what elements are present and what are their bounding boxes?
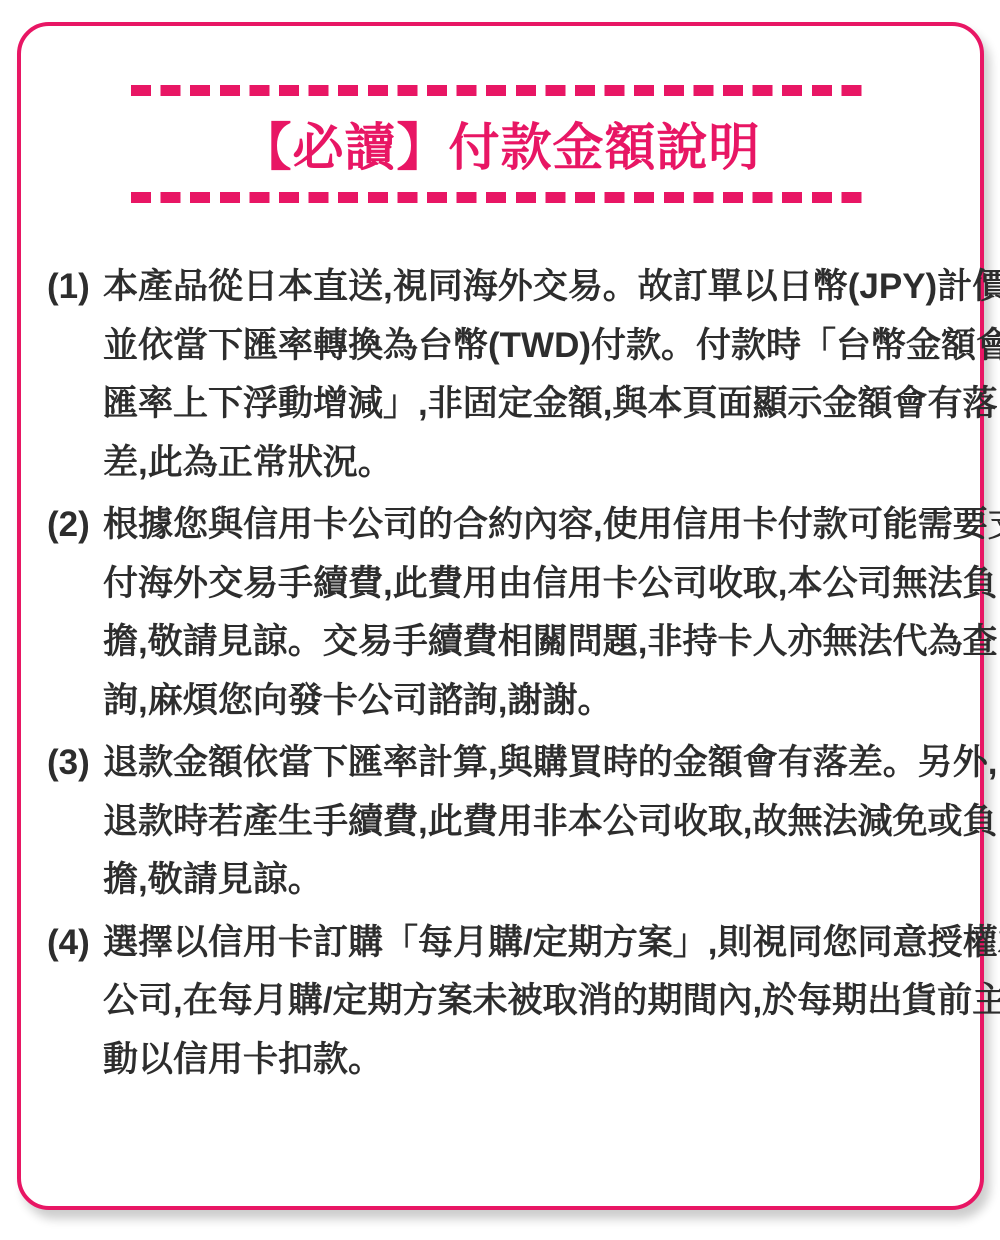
notice-title: 【必讀】付款金額說明 [131,96,871,192]
item-2-text: 根據您與信用卡公司的合約內容,使用信用卡付款可能需要支 付海外交易手續費,此費用… [103,496,956,730]
notice-page: 【必讀】付款金額說明 (1) 本產品從日本直送,視同海外交易。故訂單以日幣(JP… [0,0,1000,1240]
text-line: 差,此為正常狀況。 [103,434,956,493]
text-line: 付海外交易手續費,此費用由信用卡公司收取,本公司無法負 [103,555,956,614]
text-line: 選擇以信用卡訂購「每月購/定期方案」,則視同您同意授權本 [103,914,956,973]
dashed-divider-top [131,85,871,96]
text-line: 擔,敬請見諒。交易手續費相關問題,非持卡人亦無法代為查 [103,613,956,672]
notice-item-3: (3) 退款金額依當下匯率計算,與購買時的金額會有落差。另外, 退款時若產生手續… [47,734,956,910]
notice-item-1: (1) 本產品從日本直送,視同海外交易。故訂單以日幣(JPY)計價, 並依當下匯… [47,258,956,492]
notice-item-2: (2) 根據您與信用卡公司的合約內容,使用信用卡付款可能需要支 付海外交易手續費… [47,496,956,730]
item-1-number: (1) [47,258,90,317]
text-line: 退款金額依當下匯率計算,與購買時的金額會有落差。另外, [103,734,956,793]
notice-header: 【必讀】付款金額說明 [131,85,871,203]
text-line: 擔,敬請見諒。 [103,851,956,910]
notice-card: 【必讀】付款金額說明 (1) 本產品從日本直送,視同海外交易。故訂單以日幣(JP… [17,22,984,1210]
text-line: 根據您與信用卡公司的合約內容,使用信用卡付款可能需要支 [103,496,956,555]
item-2-number: (2) [47,496,90,555]
text-line: 詢,麻煩您向發卡公司諮詢,謝謝。 [103,672,956,731]
text-line: 退款時若產生手續費,此費用非本公司收取,故無法減免或負 [103,793,956,852]
text-line: 匯率上下浮動增減」,非固定金額,與本頁面顯示金額會有落 [103,375,956,434]
item-1-text: 本產品從日本直送,視同海外交易。故訂單以日幣(JPY)計價, 並依當下匯率轉換為… [103,258,956,492]
item-3-number: (3) [47,734,90,793]
notice-body: (1) 本產品從日本直送,視同海外交易。故訂單以日幣(JPY)計價, 並依當下匯… [21,203,980,1089]
text-line: 並依當下匯率轉換為台幣(TWD)付款。付款時「台幣金額會依 [103,317,956,376]
item-4-number: (4) [47,914,90,973]
text-line: 公司,在每月購/定期方案未被取消的期間內,於每期出貨前主 [103,972,956,1031]
notice-item-4: (4) 選擇以信用卡訂購「每月購/定期方案」,則視同您同意授權本 公司,在每月購… [47,914,956,1090]
item-4-text: 選擇以信用卡訂購「每月購/定期方案」,則視同您同意授權本 公司,在每月購/定期方… [103,914,956,1090]
dashed-divider-bottom [131,192,871,203]
text-line: 本產品從日本直送,視同海外交易。故訂單以日幣(JPY)計價, [103,258,956,317]
item-3-text: 退款金額依當下匯率計算,與購買時的金額會有落差。另外, 退款時若產生手續費,此費… [103,734,956,910]
text-line: 動以信用卡扣款。 [103,1031,956,1090]
